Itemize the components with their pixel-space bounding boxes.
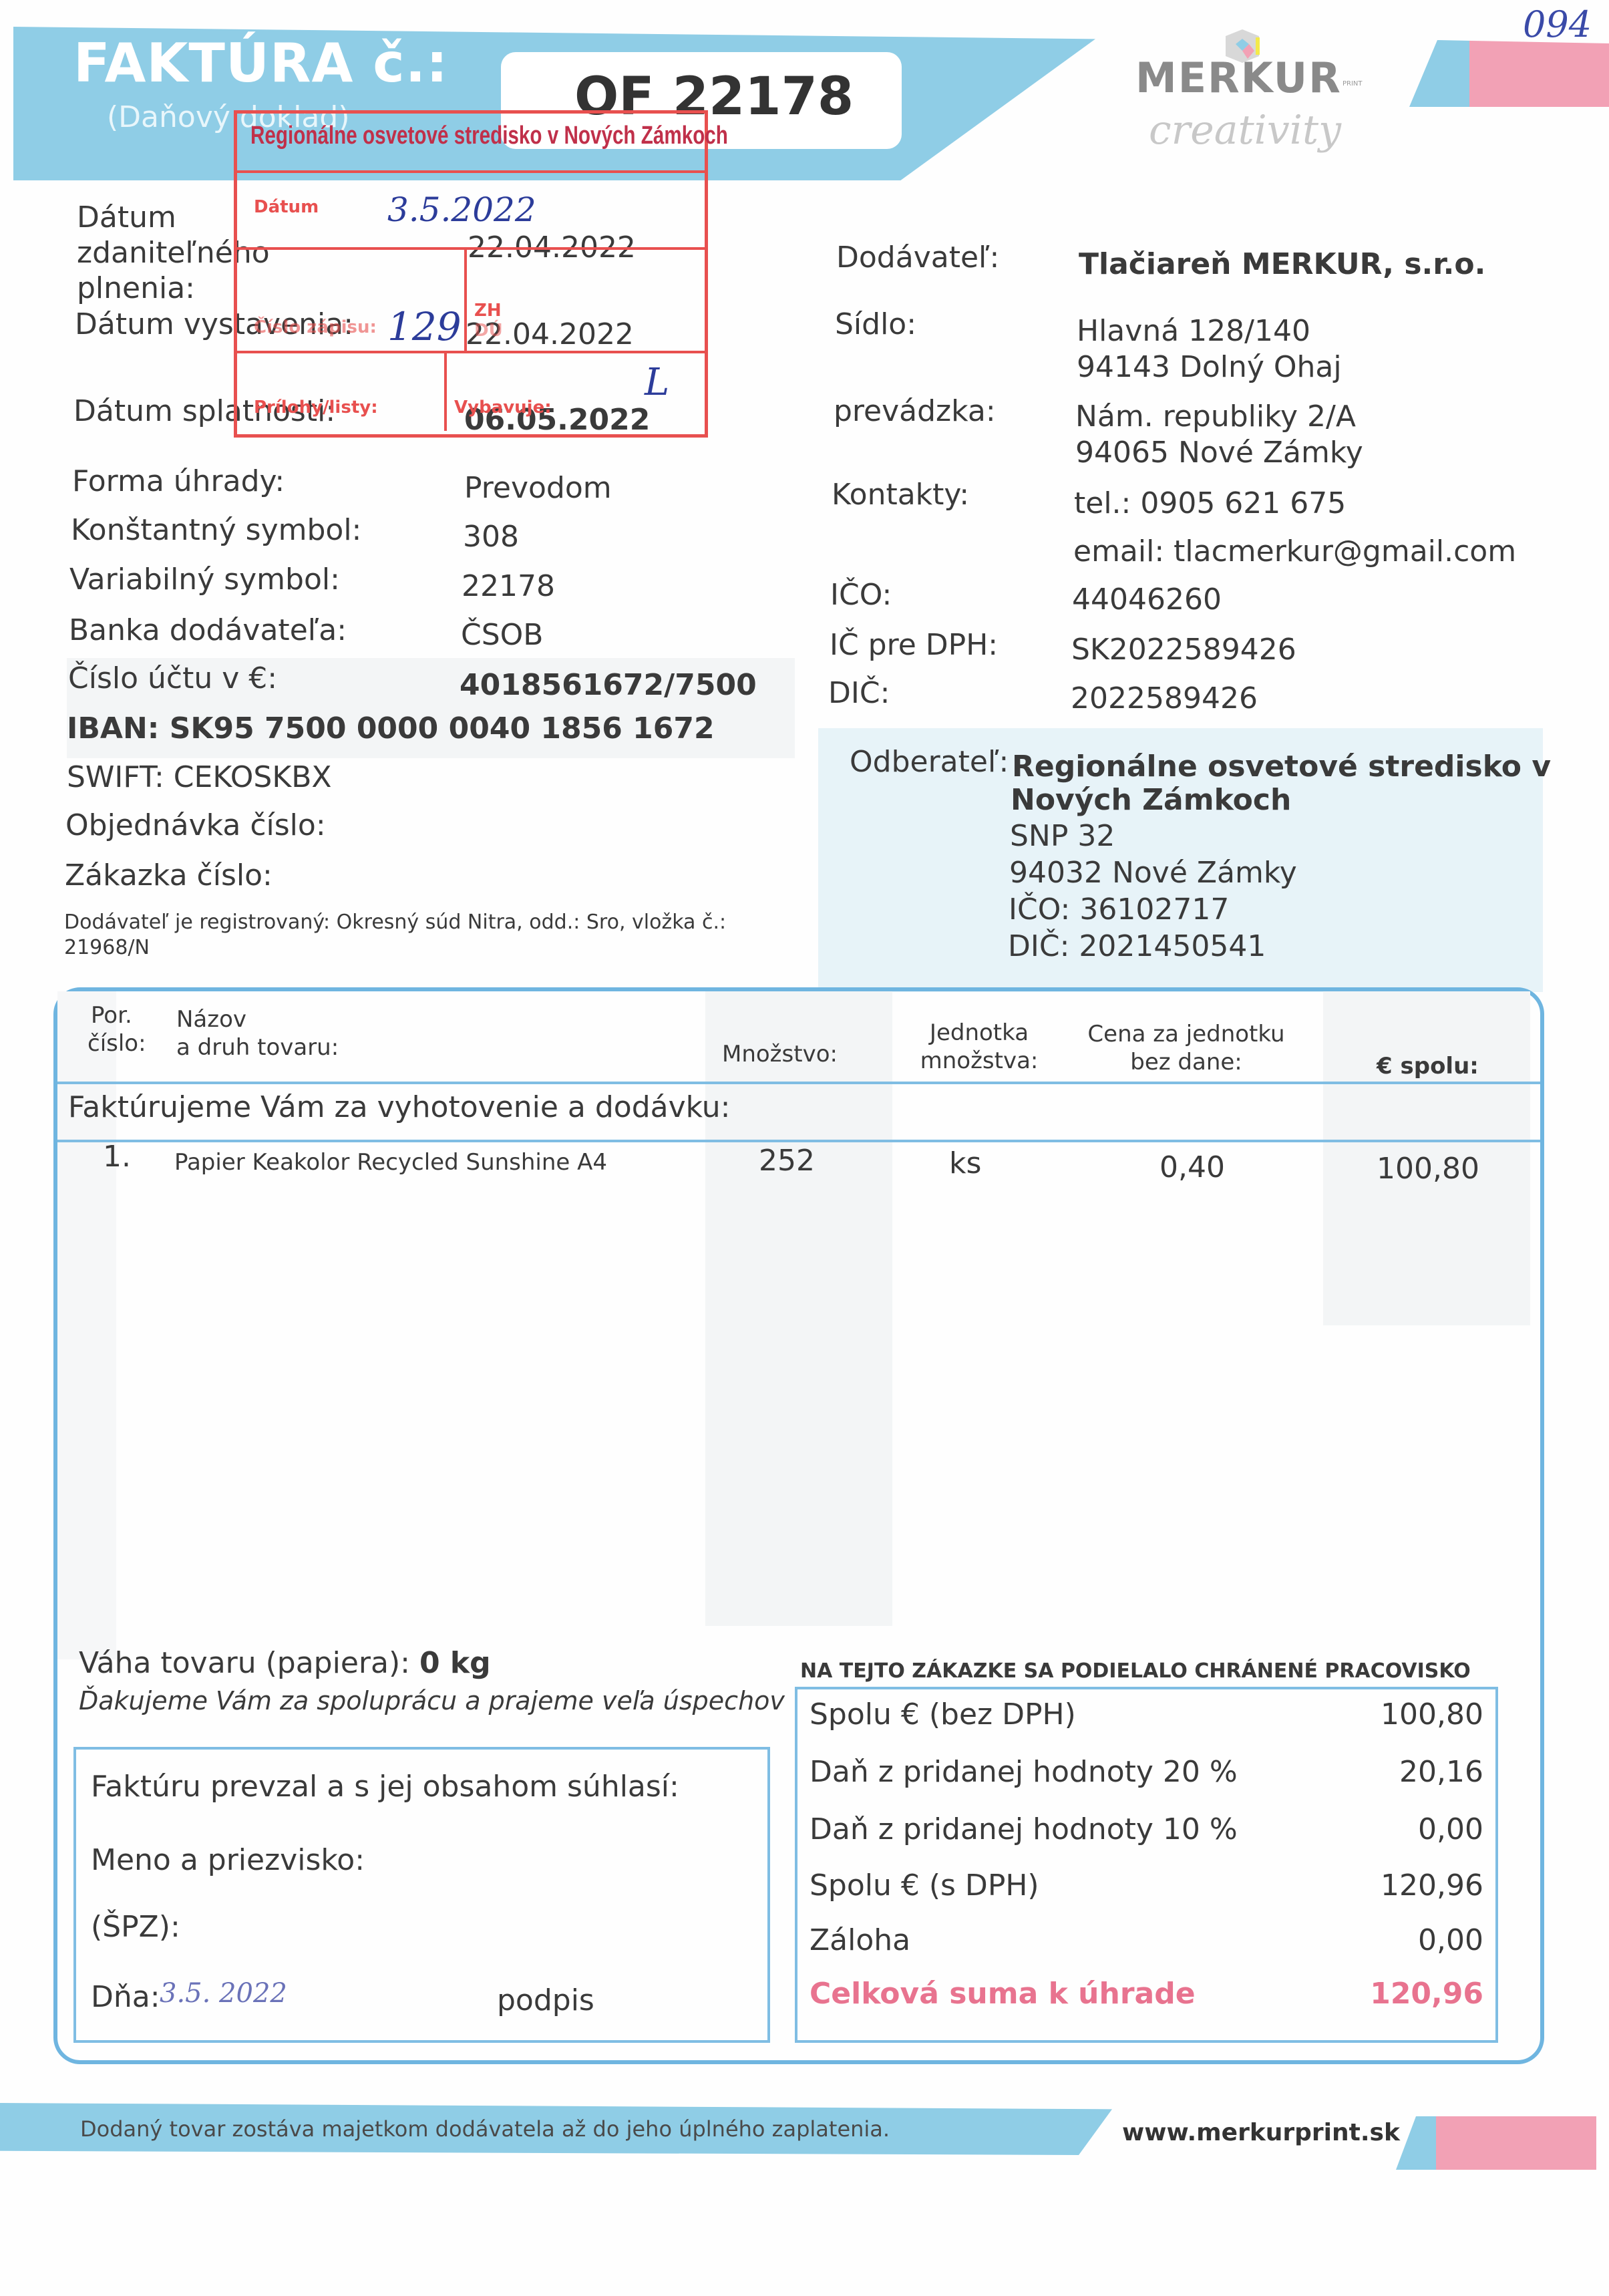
row-unit: ks <box>949 1146 981 1180</box>
receipt-name-label: Meno a priezvisko: <box>91 1843 365 1877</box>
dic-label: DIČ: <box>828 676 890 710</box>
header-band-right <box>1409 40 1609 107</box>
signature-label: podpis <box>497 1983 594 2017</box>
job-number-label: Zákazka číslo: <box>65 858 273 892</box>
header-price-2: bez dane: <box>1079 1047 1293 1078</box>
icdph-value: SK2022589426 <box>1071 633 1296 667</box>
registration-note: Dodávateľ je registrovaný: Okresný súd N… <box>64 910 806 960</box>
branch-line-1: Nám. republiky 2/A <box>1075 399 1356 434</box>
bank-label: Banka dodávateľa: <box>69 613 347 647</box>
total-due-row: Celková suma k úhrade120,96 <box>810 1977 1483 2011</box>
constant-symbol-value: 308 <box>463 520 519 554</box>
merkur-logo-print: PRINT <box>1343 80 1363 88</box>
total-due-value: 120,96 <box>1370 1977 1483 2011</box>
iban: IBAN: SK95 7500 0000 0040 1856 1672 <box>67 711 715 746</box>
customer-street: SNP 32 <box>1010 819 1115 853</box>
sheltered-workplace-note: NA TEJTO ZÁKAZKE SA PODIELALO CHRÁNENÉ P… <box>800 1659 1471 1683</box>
contacts-label: Kontakty: <box>832 478 969 512</box>
header-no-2: číslo: <box>87 1029 146 1059</box>
account-label: Číslo účtu v €: <box>68 661 277 695</box>
stamp-label-du: DÚ <box>474 321 503 341</box>
thanks-note: Ďakujeme Vám za spoluprácu a prajeme veľ… <box>79 1686 785 1715</box>
stamp-label-zh: ZH <box>474 301 502 321</box>
seat-line-1: Hlavná 128/140 <box>1077 314 1310 348</box>
order-number-label: Objednávka číslo: <box>65 808 326 842</box>
dic-value: 2022589426 <box>1071 681 1258 715</box>
stamp-label-handled: Vybavuje: <box>454 397 552 418</box>
stamp-handwritten-handler: L <box>645 361 669 404</box>
merkur-logo: MERKUR <box>1135 53 1342 102</box>
header-unit-2: množstva: <box>912 1046 1046 1077</box>
icdph-label: IČ pre DPH: <box>830 628 998 662</box>
ico-value: 44046260 <box>1072 583 1222 617</box>
customer-dic: DIČ: 2021450541 <box>1008 929 1266 963</box>
logo-tagline: creativity <box>1149 107 1341 154</box>
receipt-box: Faktúru prevzal a s jej obsahom súhlasí:… <box>73 1747 770 2043</box>
branch-label: prevádzka: <box>834 394 996 428</box>
table-intro: Faktúrujeme Vám za vyhotovenie a dodávku… <box>68 1090 730 1124</box>
header-price-1: Cena za jednotku <box>1079 1019 1293 1050</box>
invoice-title: FAKTÚRA č.: <box>73 32 448 94</box>
summary-row: Spolu € (bez DPH)100,80 <box>810 1697 1483 1732</box>
variable-symbol-value: 22178 <box>462 569 555 603</box>
branch-line-2: 94065 Nové Zámky <box>1075 436 1363 470</box>
weight-value: 0 kg <box>419 1646 491 1680</box>
supplier-label: Dodávateľ: <box>836 240 999 275</box>
header-name-1: Názov <box>176 1005 246 1035</box>
receipt-title: Faktúru prevzal a s jej obsahom súhlasí: <box>91 1770 679 1804</box>
swift: SWIFT: CEKOSKBX <box>67 760 332 794</box>
header-qty: Množstvo: <box>722 1039 838 1070</box>
row-total: 100,80 <box>1377 1152 1479 1186</box>
bank-value: ČSOB <box>461 618 543 652</box>
registry-stamp: Regionálne osvetové stredisko v Nových Z… <box>234 110 708 438</box>
header-name-2: a druh tovaru: <box>176 1033 339 1063</box>
footer-band-right <box>1396 2116 1596 2170</box>
footer-url[interactable]: www.merkurprint.sk <box>1122 2119 1400 2146</box>
weight-label: Váha tovaru (papiera): 0 kg <box>79 1646 491 1680</box>
row-qty: 252 <box>759 1144 815 1178</box>
payment-method-label: Forma úhrady: <box>72 464 285 498</box>
handwritten-reference: 094 <box>1523 3 1592 45</box>
receipt-date-label: Dňa: <box>91 1980 160 2014</box>
customer-name-2: Nových Zámkoch <box>1011 783 1291 817</box>
constant-symbol-label: Konštantný symbol: <box>71 513 361 547</box>
stamp-handwritten-date: 3.5.2022 <box>387 190 536 229</box>
seat-label: Sídlo: <box>835 307 916 341</box>
supplier-email[interactable]: email: tlacmerkur@gmail.com <box>1073 534 1516 568</box>
ico-label: IČO: <box>830 578 892 612</box>
row-name: Papier Keakolor Recycled Sunshine A4 <box>174 1149 607 1176</box>
total-due-label: Celková suma k úhrade <box>810 1977 1196 2011</box>
stamp-label-regno: Číslo zápisu: <box>254 317 377 337</box>
supplier-name: Tlačiareň MERKUR, s.r.o. <box>1079 247 1485 281</box>
header-total: € spolu: <box>1377 1051 1479 1082</box>
header-unit-1: Jednotka <box>919 1018 1039 1049</box>
row-no: 1. <box>103 1140 131 1174</box>
footer-note: Dodaný tovar zostáva majetkom dodávatela… <box>80 2116 890 2142</box>
receipt-date-handwritten: 3.5. 2022 <box>160 1978 287 2009</box>
summary-row: Daň z pridanej hodnoty 20 %20,16 <box>810 1755 1483 1789</box>
header-no-1: Por. <box>91 1001 132 1031</box>
stamp-label-attachments: Prílohy/listy: <box>254 397 378 418</box>
summary-row: Daň z pridanej hodnoty 10 %0,00 <box>810 1812 1483 1846</box>
summary-row: Spolu € (s DPH)120,96 <box>810 1868 1483 1903</box>
variable-symbol-label: Variabilný symbol: <box>69 562 340 597</box>
receipt-plate-label: (ŠPZ): <box>91 1910 180 1944</box>
stamp-label-date: Dátum <box>254 197 319 217</box>
stamp-handwritten-regno: 129 <box>387 304 462 349</box>
row-price: 0,40 <box>1159 1150 1225 1184</box>
customer-name-1: Regionálne osvetové stredisko v <box>1012 750 1551 784</box>
summary-box: Spolu € (bez DPH)100,80 Daň z pridanej h… <box>795 1687 1498 2043</box>
stamp-title: Regionálne osvetové stredisko v Nových Z… <box>250 122 728 150</box>
customer-ico: IČO: 36102717 <box>1009 892 1229 927</box>
payment-method-value: Prevodom <box>464 471 612 505</box>
account-value: 4018561672/7500 <box>460 668 757 702</box>
customer-label: Odberateľ: <box>850 745 1009 779</box>
customer-city: 94032 Nové Zámky <box>1009 856 1297 890</box>
supplier-phone[interactable]: tel.: 0905 621 675 <box>1074 486 1346 520</box>
summary-row: Záloha0,00 <box>810 1923 1483 1957</box>
seat-line-2: 94143 Dolný Ohaj <box>1077 350 1342 384</box>
